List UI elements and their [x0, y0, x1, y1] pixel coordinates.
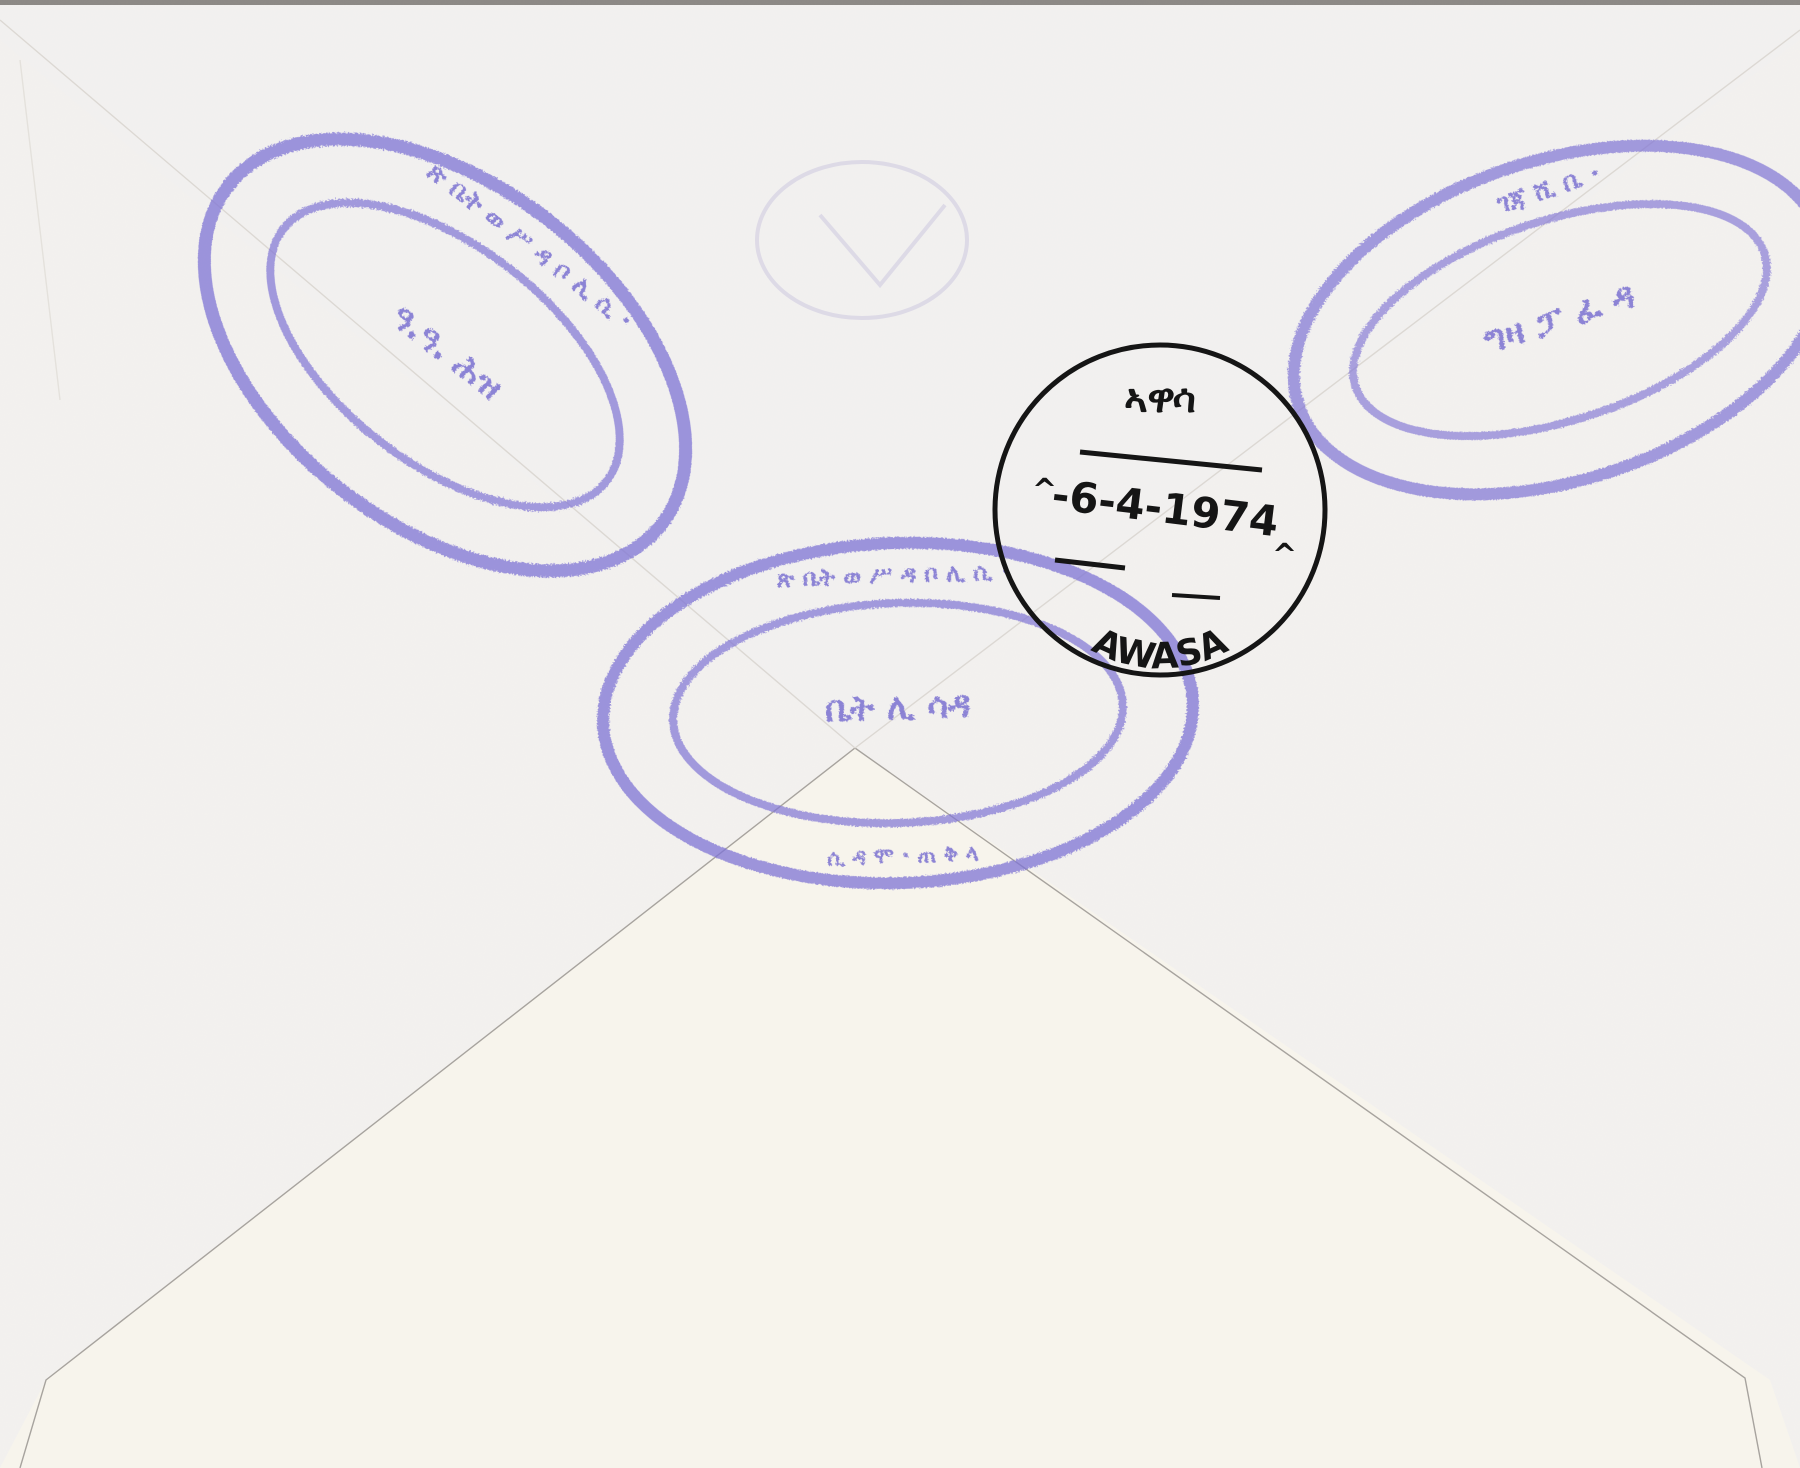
- postmark-top-text: ኣዋሳ: [1124, 376, 1196, 422]
- cachet-middle-lower-text: ሲ ዳ ሞ · ጠ ቅ ላ: [827, 841, 980, 871]
- envelope-back-scan: ጽ ቤት ወ ሥ ዳ ቦ ሊ ሲ · ዓ.ዓ. ሕዝ ጽ ቤት ወ ሥ ዳ ቦ …: [0, 0, 1800, 1468]
- postmark-side-mark-right: ^: [1272, 538, 1297, 573]
- cachet-middle-center-text: ቤት ሊ ሳዳ: [824, 684, 971, 730]
- envelope-illustration: ጽ ቤት ወ ሥ ዳ ቦ ሊ ሲ · ዓ.ዓ. ሕዝ ጽ ቤት ወ ሥ ዳ ቦ …: [0, 0, 1800, 1468]
- top-edge: [0, 0, 1800, 5]
